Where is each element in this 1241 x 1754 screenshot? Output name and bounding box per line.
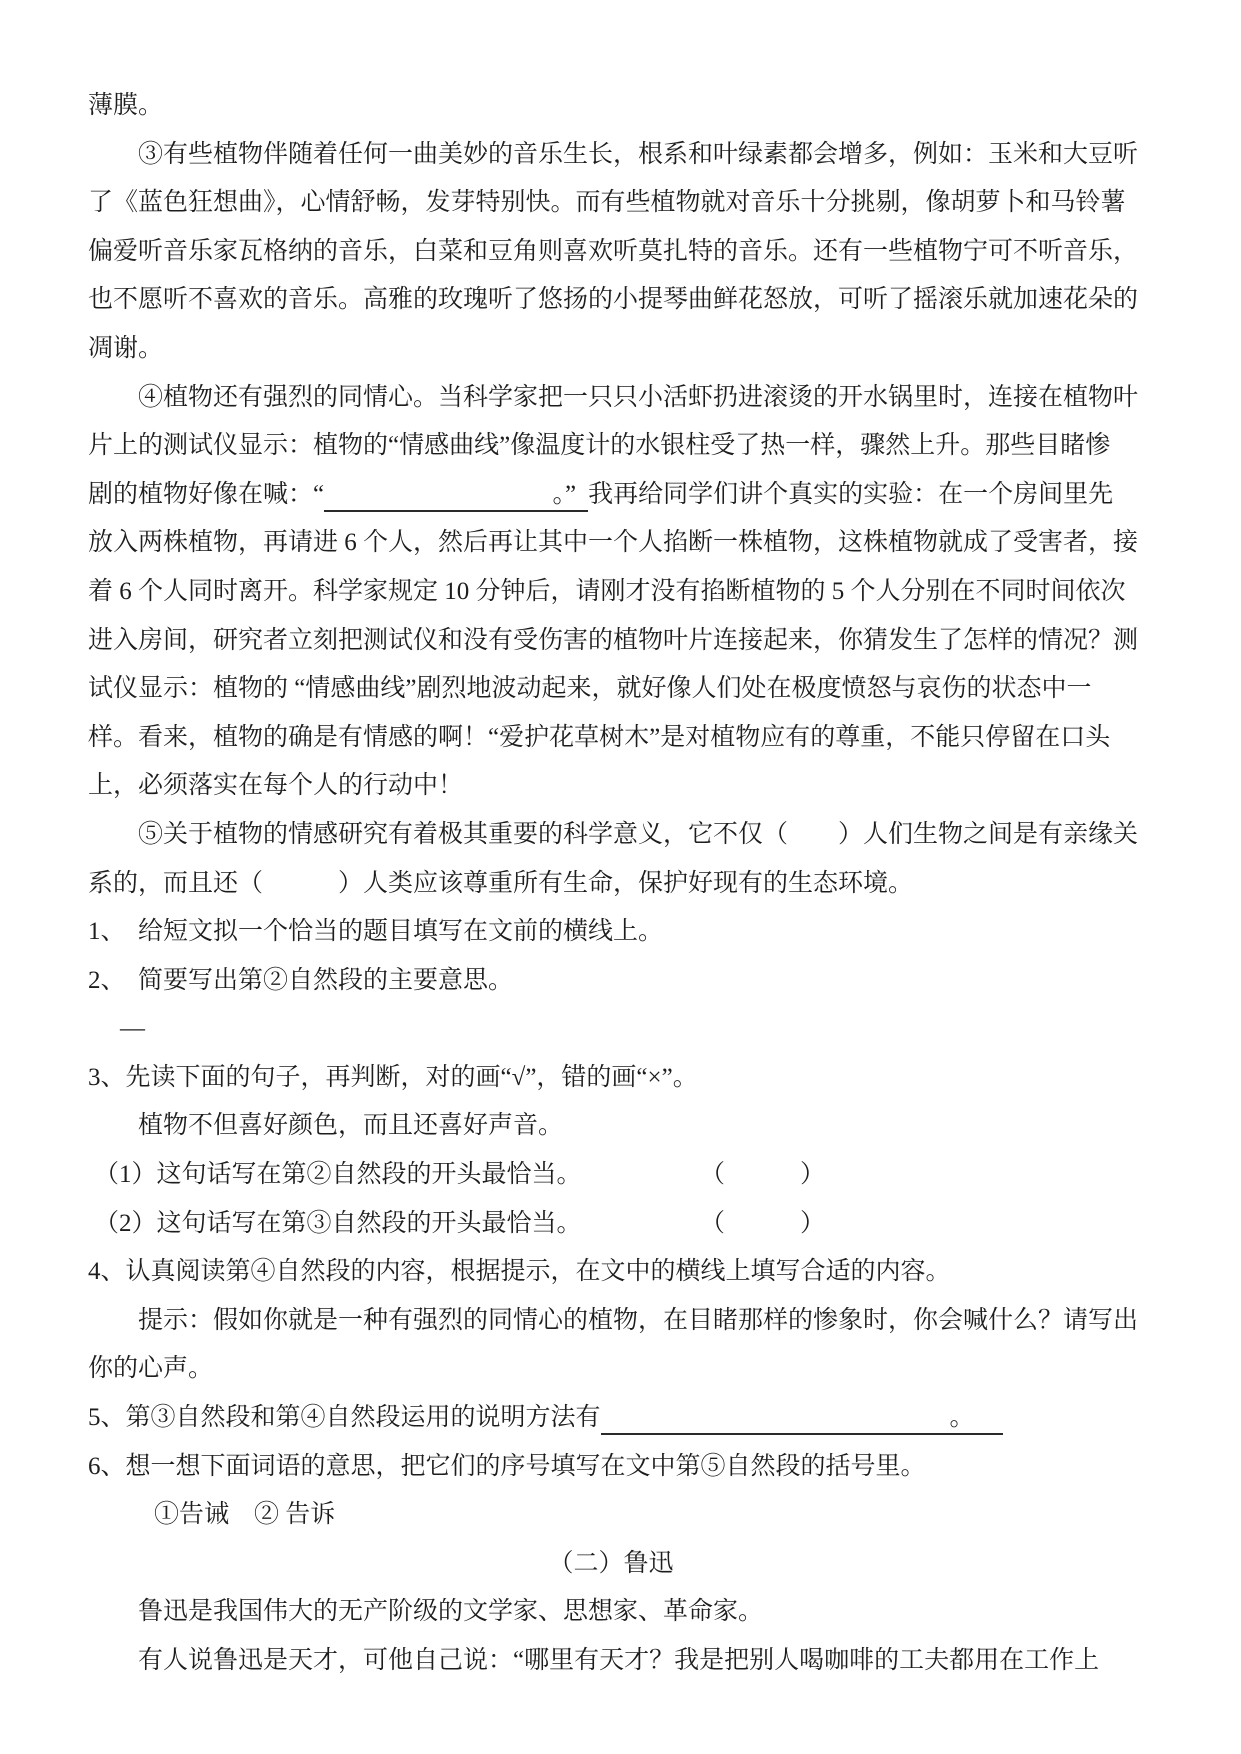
blank-end-punctuation: 。”	[553, 481, 577, 508]
passage-paragraph-4-line: 片上的测试仪显示：植物的“情感曲线”像温度计的水银柱受了热一样，骤然上升。那些目…	[88, 422, 1134, 471]
section-2-paragraph-line: 鲁迅是我国伟大的无产阶级的文学家、思想家、革命家。	[88, 1588, 1134, 1637]
blank-end-punctuation: 。	[950, 1404, 975, 1431]
question-3-sentence: 植物不但喜好颜色，而且还喜好声音。	[88, 1102, 1134, 1151]
blank-line-text-after: 我再给同学们讲个真实的实验：在一个房间里先	[588, 481, 1113, 508]
passage-paragraph-3-line: 也不愿听不喜欢的音乐。高雅的玫瑰听了悠扬的小提琴曲鲜花怒放，可听了摇滚乐就加速花…	[88, 276, 1134, 325]
passage-paragraph-4-line: 放入两株植物，再请进 6 个人，然后再让其中一个人掐断一株植物，这株植物就成了受…	[88, 519, 1134, 568]
question-1: 1、 给短文拟一个恰当的题目填写在文前的横线上。	[88, 908, 1134, 957]
passage-paragraph-3-line: 了《蓝色狂想曲》，心情舒畅，发芽特别快。而有些植物就对音乐十分挑剔，像胡萝卜和马…	[88, 179, 1134, 228]
question-3: 3、先读下面的句子，再判断，对的画“√”，错的画“×”。	[88, 1054, 1134, 1103]
passage-paragraph-4-line: ④植物还有强烈的同情心。当科学家把一只只小活虾扔进滚烫的开水锅里时，连接在植物叶	[88, 374, 1134, 423]
fill-in-blank-q5: 。	[601, 1401, 1003, 1435]
question-6-options: ①告诫 ② 告诉	[88, 1491, 1134, 1540]
blank-line-text-before: 剧的植物好像在喊：“	[88, 481, 324, 508]
passage-paragraph-3-line: 凋谢。	[88, 325, 1134, 374]
section-2-paragraph-line: 有人说鲁迅是天才，可他自己说：“哪里有天才？我是把别人喝咖啡的工夫都用在工作上	[88, 1637, 1134, 1686]
passage-paragraph-4-line: 试仪显示：植物的 “情感曲线”剧烈地波动起来，就好像人们处在极度愤怒与哀伤的状态…	[88, 665, 1134, 714]
passage-paragraph-4-line: 上，必须落实在每个人的行动中！	[88, 762, 1134, 811]
question-2: 2、 简要写出第②自然段的主要意思。	[88, 957, 1134, 1006]
passage-carryover-line: 薄膜。	[88, 82, 1134, 131]
passage-paragraph-4-line: 样。看来，植物的确是有情感的啊！“爱护花草树木”是对植物应有的尊重，不能只停留在…	[88, 714, 1134, 763]
passage-paragraph-5-line: ⑤关于植物的情感研究有着极其重要的科学意义，它不仅（ ）人们生物之间是有亲缘关	[88, 811, 1134, 860]
question-3-subitem-1: （1）这句话写在第②自然段的开头最恰当。（ ）	[88, 1151, 1134, 1200]
subitem-text: （1）这句话写在第②自然段的开头最恰当。	[94, 1161, 582, 1188]
question-5: 5、第③自然段和第④自然段运用的说明方法有。	[88, 1394, 1134, 1443]
passage-paragraph-4-line: 着 6 个人同时离开。科学家规定 10 分钟后，请刚才没有掐断植物的 5 个人分…	[88, 568, 1134, 617]
section-2-title: （二）鲁迅	[88, 1540, 1134, 1589]
question-4: 4、认真阅读第④自然段的内容，根据提示，在文中的横线上填写合适的内容。	[88, 1248, 1134, 1297]
answer-dash: —	[88, 1005, 1134, 1054]
answer-bracket: （ ）	[700, 1200, 825, 1249]
question-6: 6、想一想下面词语的意思，把它们的序号填写在文中第⑤自然段的括号里。	[88, 1443, 1134, 1492]
passage-paragraph-4-line: 进入房间，研究者立刻把测试仪和没有受伤害的植物叶片连接起来，你猜发生了怎样的情况…	[88, 617, 1134, 666]
passage-paragraph-3-line: 偏爱听音乐家瓦格纳的音乐，白菜和豆角则喜欢听莫扎特的音乐。还有一些植物宁可不听音…	[88, 228, 1134, 277]
question-4-hint-line: 你的心声。	[88, 1345, 1134, 1394]
test-paper-page: 薄膜。 ③有些植物伴随着任何一曲美妙的音乐生长，根系和叶绿素都会增多，例如：玉米…	[88, 82, 1134, 1686]
question-4-hint-line: 提示：假如你就是一种有强烈的同情心的植物，在目睹那样的惨象时，你会喊什么？请写出	[88, 1297, 1134, 1346]
fill-in-blank-quote: 。”	[324, 478, 588, 512]
passage-paragraph-4-blank-line: 剧的植物好像在喊：“。”我再给同学们讲个真实的实验：在一个房间里先	[88, 471, 1134, 520]
answer-bracket: （ ）	[700, 1151, 825, 1200]
question-5-text: 5、第③自然段和第④自然段运用的说明方法有	[88, 1404, 601, 1431]
passage-paragraph-5-line: 系的，而且还（ ）人类应该尊重所有生命，保护好现有的生态环境。	[88, 860, 1134, 909]
question-3-subitem-2: （2）这句话写在第③自然段的开头最恰当。（ ）	[88, 1200, 1134, 1249]
passage-paragraph-3-line: ③有些植物伴随着任何一曲美妙的音乐生长，根系和叶绿素都会增多，例如：玉米和大豆听	[88, 131, 1134, 180]
subitem-text: （2）这句话写在第③自然段的开头最恰当。	[94, 1210, 582, 1237]
